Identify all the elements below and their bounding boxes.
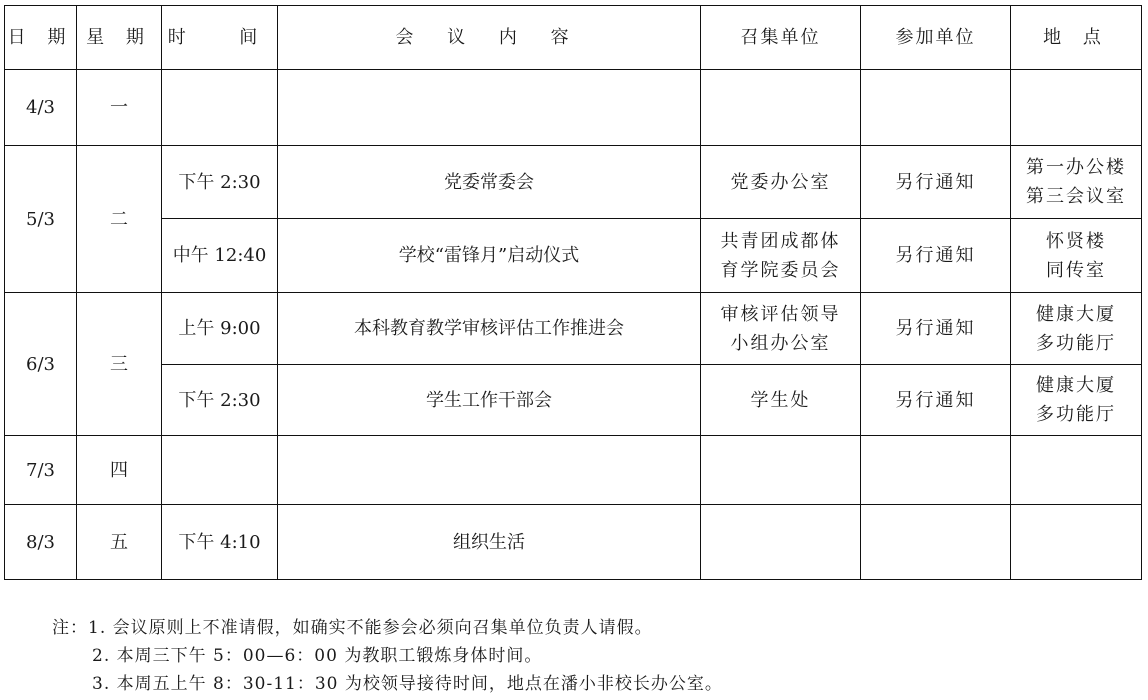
date-cell: 4/3 [5, 70, 77, 146]
date-cell: 7/3 [5, 436, 77, 505]
table-row: 4/3 一 [5, 70, 1142, 146]
participants-cell [861, 436, 1011, 505]
time-cell: 中午 12:40 [162, 219, 278, 293]
location-cell [1011, 505, 1142, 580]
content-cell: 学生工作干部会 [278, 365, 701, 436]
note-item-1: 注：1. 会议原则上不准请假，如确实不能参会必须向召集单位负责人请假。 [52, 614, 723, 642]
participants-cell: 另行通知 [861, 293, 1011, 365]
convener-cell: 学生处 [701, 365, 861, 436]
convener-cell: 共青团成都体 育学院委员会 [701, 219, 861, 293]
header-content: 会 议 内 容 [278, 6, 701, 70]
header-convener: 召集单位 [701, 6, 861, 70]
location-cell: 怀贤楼 同传室 [1011, 219, 1142, 293]
content-cell: 学校“雷锋月”启动仪式 [278, 219, 701, 293]
table-row: 中午 12:40 学校“雷锋月”启动仪式 共青团成都体 育学院委员会 另行通知 … [5, 219, 1142, 293]
location-cell [1011, 436, 1142, 505]
table-row: 7/3 四 [5, 436, 1142, 505]
participants-cell: 另行通知 [861, 365, 1011, 436]
time-cell [162, 436, 278, 505]
header-date: 日 期 [5, 6, 77, 70]
note-item-3: 3. 本周五上午 8：30-11：30 为校领导接待时间，地点在潘小非校长办公室… [52, 670, 723, 698]
participants-cell: 另行通知 [861, 219, 1011, 293]
date-cell: 5/3 [5, 146, 77, 293]
header-location: 地 点 [1011, 6, 1142, 70]
note-item-2: 2. 本周三下午 5：00—6：00 为教职工锻炼身体时间。 [52, 642, 723, 670]
weekday-cell: 五 [77, 505, 162, 580]
convener-cell [701, 505, 861, 580]
content-cell: 本科教育教学审核评估工作推进会 [278, 293, 701, 365]
convener-cell: 审核评估领导 小组办公室 [701, 293, 861, 365]
time-cell: 上午 9:00 [162, 293, 278, 365]
content-cell: 党委常委会 [278, 146, 701, 219]
location-cell: 健康大厦 多功能厅 [1011, 293, 1142, 365]
participants-cell [861, 505, 1011, 580]
date-cell: 8/3 [5, 505, 77, 580]
header-row: 日 期 星 期 时 间 会 议 内 容 召集单位 参加单位 地 点 [5, 6, 1142, 70]
weekday-cell: 四 [77, 436, 162, 505]
weekday-cell: 二 [77, 146, 162, 293]
weekday-cell: 一 [77, 70, 162, 146]
participants-cell: 另行通知 [861, 146, 1011, 219]
table-row: 8/3 五 下午 4:10 组织生活 [5, 505, 1142, 580]
location-cell: 第一办公楼 第三会议室 [1011, 146, 1142, 219]
content-cell [278, 436, 701, 505]
table-row: 5/3 二 下午 2:30 党委常委会 党委办公室 另行通知 第一办公楼 第三会… [5, 146, 1142, 219]
notes-prefix: 注： [52, 618, 88, 638]
header-participants: 参加单位 [861, 6, 1011, 70]
location-cell [1011, 70, 1142, 146]
meeting-schedule-table: 日 期 星 期 时 间 会 议 内 容 召集单位 参加单位 地 点 4/3 一 … [4, 5, 1142, 580]
time-cell: 下午 2:30 [162, 146, 278, 219]
notes-section: 注：1. 会议原则上不准请假，如确实不能参会必须向召集单位负责人请假。 2. 本… [52, 614, 723, 698]
convener-cell: 党委办公室 [701, 146, 861, 219]
convener-cell [701, 436, 861, 505]
header-weekday: 星 期 [77, 6, 162, 70]
content-cell: 组织生活 [278, 505, 701, 580]
table-row: 下午 2:30 学生工作干部会 学生处 另行通知 健康大厦 多功能厅 [5, 365, 1142, 436]
content-cell [278, 70, 701, 146]
date-cell: 6/3 [5, 293, 77, 436]
table-row: 6/3 三 上午 9:00 本科教育教学审核评估工作推进会 审核评估领导 小组办… [5, 293, 1142, 365]
time-cell [162, 70, 278, 146]
time-cell: 下午 4:10 [162, 505, 278, 580]
convener-cell [701, 70, 861, 146]
weekday-cell: 三 [77, 293, 162, 436]
participants-cell [861, 70, 1011, 146]
header-time: 时 间 [162, 6, 278, 70]
time-cell: 下午 2:30 [162, 365, 278, 436]
location-cell: 健康大厦 多功能厅 [1011, 365, 1142, 436]
